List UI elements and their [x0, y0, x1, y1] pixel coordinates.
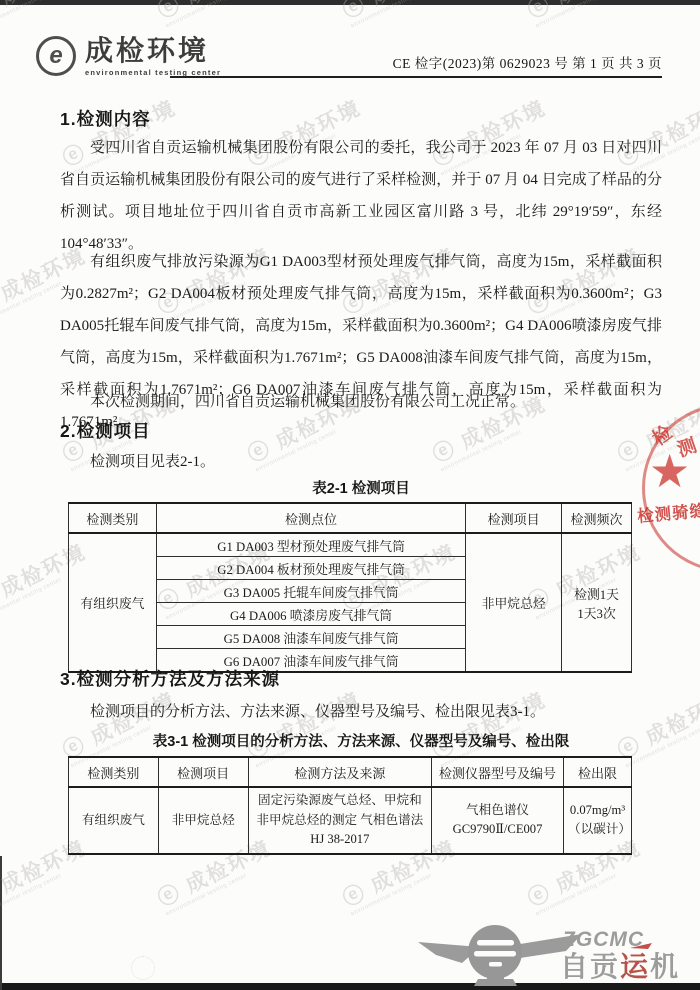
frequency-line-2: 1天3次 — [565, 603, 628, 622]
cell-item: 非甲烷总烃 — [158, 787, 248, 854]
cell-point-1: G1 DA003 型材预处理废气排气筒 — [156, 533, 465, 557]
section3-title: 3.检测分析方法及方法来源 — [60, 666, 280, 691]
col-header-instrument: 检测仪器型号及编号 — [432, 757, 564, 787]
cell-limit: 0.07mg/m³ （以碳计） — [563, 787, 631, 854]
cell-method: 固定污染源废气总烃、甲烷和非甲烷总烃的测定 气相色谱法 HJ 38-2017 — [248, 787, 432, 854]
svg-text:自贡运机: 自贡运机 — [560, 951, 680, 982]
table-row: 检测类别 检测项目 检测方法及来源 检测仪器型号及编号 检出限 — [69, 757, 632, 787]
brand-name: 成检环境 — [85, 36, 221, 67]
cell-frequency: 检测1天 1天3次 — [562, 533, 632, 672]
table2-title: 表2-1 检测项目 — [60, 477, 662, 498]
footer-logo-name-2: 运 — [620, 951, 650, 982]
col-header-item: 检测项目 — [466, 503, 562, 533]
header-rule — [170, 76, 662, 78]
limit-note: （以碳计） — [568, 820, 627, 840]
winch-wing-emblem-icon: ZGCMC 自贡运机 — [414, 918, 692, 986]
section2-intro: 检测项目见表2-1。 — [60, 450, 662, 471]
col-header-category: 检测类别 — [69, 757, 159, 787]
document-reference-number: CE 检字(2023)第 0629023 号 第 1 页 共 3 页 — [393, 52, 662, 72]
method-name: 固定污染源废气总烃、甲烷和非甲烷总烃的测定 气相色谱法 — [253, 791, 428, 830]
col-header-frequency: 检测频次 — [562, 503, 632, 533]
instrument-name: 气相色谱仪 — [436, 801, 559, 821]
col-header-item: 检测项目 — [158, 757, 248, 787]
section1-title: 1.检测内容 — [60, 106, 151, 131]
cell-point-5: G5 DA008 油漆车间废气排气筒 — [156, 626, 465, 649]
section1-paragraph-1: 受四川省自贡运输机械集团股份有限公司的委托，我公司于 2023 年 07 月 0… — [60, 132, 662, 260]
cell-item: 非甲烷总烃 — [466, 533, 562, 672]
footer-logo-name-3: 机 — [650, 951, 680, 982]
svg-text:ZGCMC: ZGCMC — [561, 928, 644, 951]
frequency-line-1: 检测1天 — [565, 584, 628, 603]
footer-company-logo: ZGCMC 自贡运机 — [414, 918, 692, 986]
section1-paragraph-3: 本次检测期间，四川省自贡运输机械集团股份有限公司工况正常。 — [60, 386, 662, 418]
cell-point-4: G4 DA006 喷漆房废气排气筒 — [156, 603, 465, 626]
cell-category: 有组织废气 — [69, 533, 157, 672]
brand-text-block: 成检环境 environmental testing center — [85, 36, 221, 77]
table-2-1-test-items: 检测类别 检测点位 检测项目 检测频次 有组织废气 G1 DA003 型材预处理… — [68, 502, 632, 673]
cell-instrument: 气相色谱仪 GC9790Ⅱ/CE007 — [432, 787, 564, 854]
col-header-limit: 检出限 — [563, 757, 631, 787]
footer-logo-name-1: 自贡 — [560, 951, 620, 982]
leaf-e-logo-icon: e — [36, 36, 76, 76]
table3-title: 表3-1 检测项目的分析方法、方法来源、仪器型号及编号、检出限 — [60, 730, 662, 751]
table-3-1-methods: 检测类别 检测项目 检测方法及来源 检测仪器型号及编号 检出限 有组织废气 非甲… — [68, 756, 632, 855]
method-standard: HJ 38-2017 — [253, 830, 428, 850]
section2-title: 2.检测项目 — [60, 418, 151, 443]
col-header-category: 检测类别 — [69, 503, 157, 533]
company-logo: e 成检环境 environmental testing center — [36, 36, 221, 77]
logo-e-glyph: e — [49, 44, 62, 68]
col-header-method: 检测方法及来源 — [248, 757, 432, 787]
document-page: ⓔ 成检环境environmental testing centerⓔ 成检环境… — [0, 0, 700, 990]
section3-intro: 检测项目的分析方法、方法来源、仪器型号及编号、检出限见表3-1。 — [60, 700, 662, 721]
table-row: 检测类别 检测点位 检测项目 检测频次 — [69, 503, 632, 533]
cell-point-3: G3 DA005 托辊车间废气排气筒 — [156, 580, 465, 603]
table-row: 有组织废气 G1 DA003 型材预处理废气排气筒 非甲烷总烃 检测1天 1天3… — [69, 533, 632, 557]
instrument-model: GC9790Ⅱ/CE007 — [436, 820, 559, 840]
scan-edge-top — [0, 0, 700, 5]
footer-logo-acronym: ZGCMC — [561, 928, 644, 951]
cell-point-2: G2 DA004 板材预处理废气排气筒 — [156, 557, 465, 580]
cell-category: 有组织废气 — [69, 787, 159, 854]
faint-round-mark — [131, 956, 155, 980]
col-header-point: 检测点位 — [156, 503, 465, 533]
limit-value: 0.07mg/m³ — [568, 801, 627, 821]
scan-edge-left — [0, 856, 2, 990]
table-row: 有组织废气 非甲烷总烃 固定污染源废气总烃、甲烷和非甲烷总烃的测定 气相色谱法 … — [69, 787, 632, 854]
